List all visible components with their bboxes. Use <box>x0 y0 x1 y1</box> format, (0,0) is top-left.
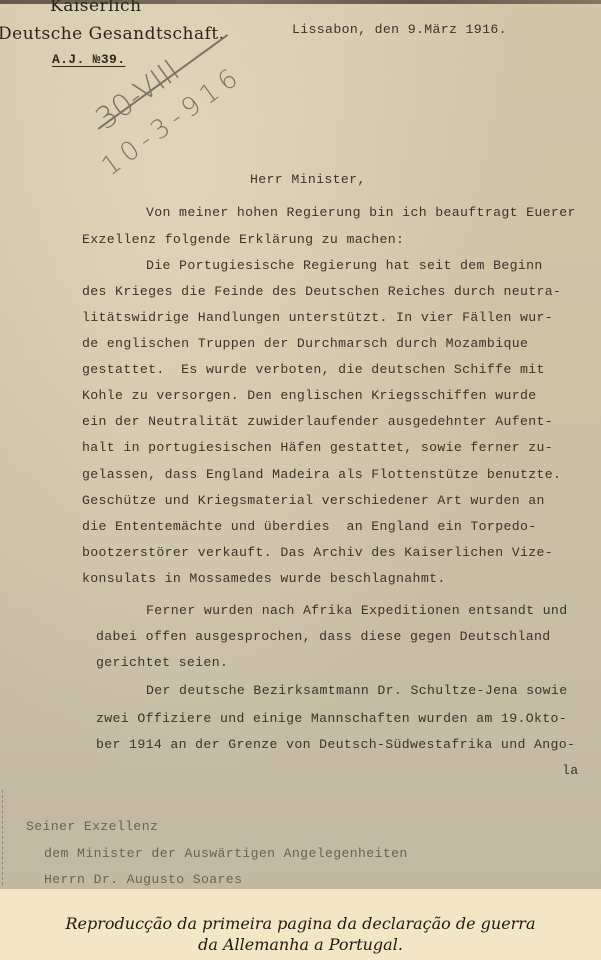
body-line: konsulats in Mossamedes wurde beschlagna… <box>82 571 446 586</box>
body-line: Ferner wurden nach Afrika Expeditionen e… <box>146 603 567 618</box>
caption-line-2: da Allemanha a Portugal. <box>0 935 601 954</box>
body-line: de englischen Truppen der Durchmarsch du… <box>82 336 528 351</box>
body-line: la <box>562 763 579 778</box>
body-line: gerichtet seien. <box>96 655 228 670</box>
body-line: Von meiner hohen Regierung bin ich beauf… <box>146 205 576 220</box>
body-line: dabei offen ausgesprochen, dass diese ge… <box>96 629 551 644</box>
body-line: Geschütze und Kriegsmaterial verschieden… <box>82 493 545 508</box>
body-line: die Ententemächte und überdies an Englan… <box>82 519 537 534</box>
address-line-title: Seiner Exzellenz <box>26 819 158 834</box>
scanned-letter-page: Kaiserlich Deutsche Gesandtschaft. A.J. … <box>0 0 601 889</box>
body-line: ber 1914 an der Grenze von Deutsch-Südwe… <box>96 737 575 752</box>
body-line: zwei Offiziere und einige Mannschaften w… <box>96 711 567 726</box>
body-line: bootzerstörer verkauft. Das Archiv des K… <box>82 545 553 560</box>
body-line: Exzellenz folgende Erklärung zu machen: <box>82 232 404 247</box>
salutation: Herr Minister, <box>250 172 366 187</box>
body-line: gestattet. Es wurde verboten, die deutsc… <box>82 362 545 377</box>
dateline: Lissabon, den 9.März 1916. <box>292 22 507 37</box>
address-line-office: dem Minister der Auswärtigen Angelegenhe… <box>44 846 408 861</box>
body-line: ein der Neutralität zuwiderlaufender aus… <box>82 414 553 429</box>
address-line-name: Herrn Dr. Augusto Soares <box>44 872 242 887</box>
body-line: Kohle zu versorgen. Den englischen Krieg… <box>82 388 537 403</box>
body-line: halt in portugiesischen Häfen gestattet,… <box>82 440 553 455</box>
body-line: des Krieges die Feinde des Deutschen Rei… <box>82 284 561 299</box>
body-line: Der deutsche Bezirksamtmann Dr. Schultze… <box>146 683 567 698</box>
body-line: Die Portugiesische Regierung hat seit de… <box>146 258 543 273</box>
body-line: litätswidrige Handlungen unterstützt. In… <box>82 310 553 325</box>
body-line: gelassen, dass England Madeira als Flott… <box>82 467 561 482</box>
letterhead-kaiserlich: Kaiserlich <box>50 0 142 16</box>
caption-line-1: Reproducção da primeira pagina da declar… <box>0 914 601 933</box>
